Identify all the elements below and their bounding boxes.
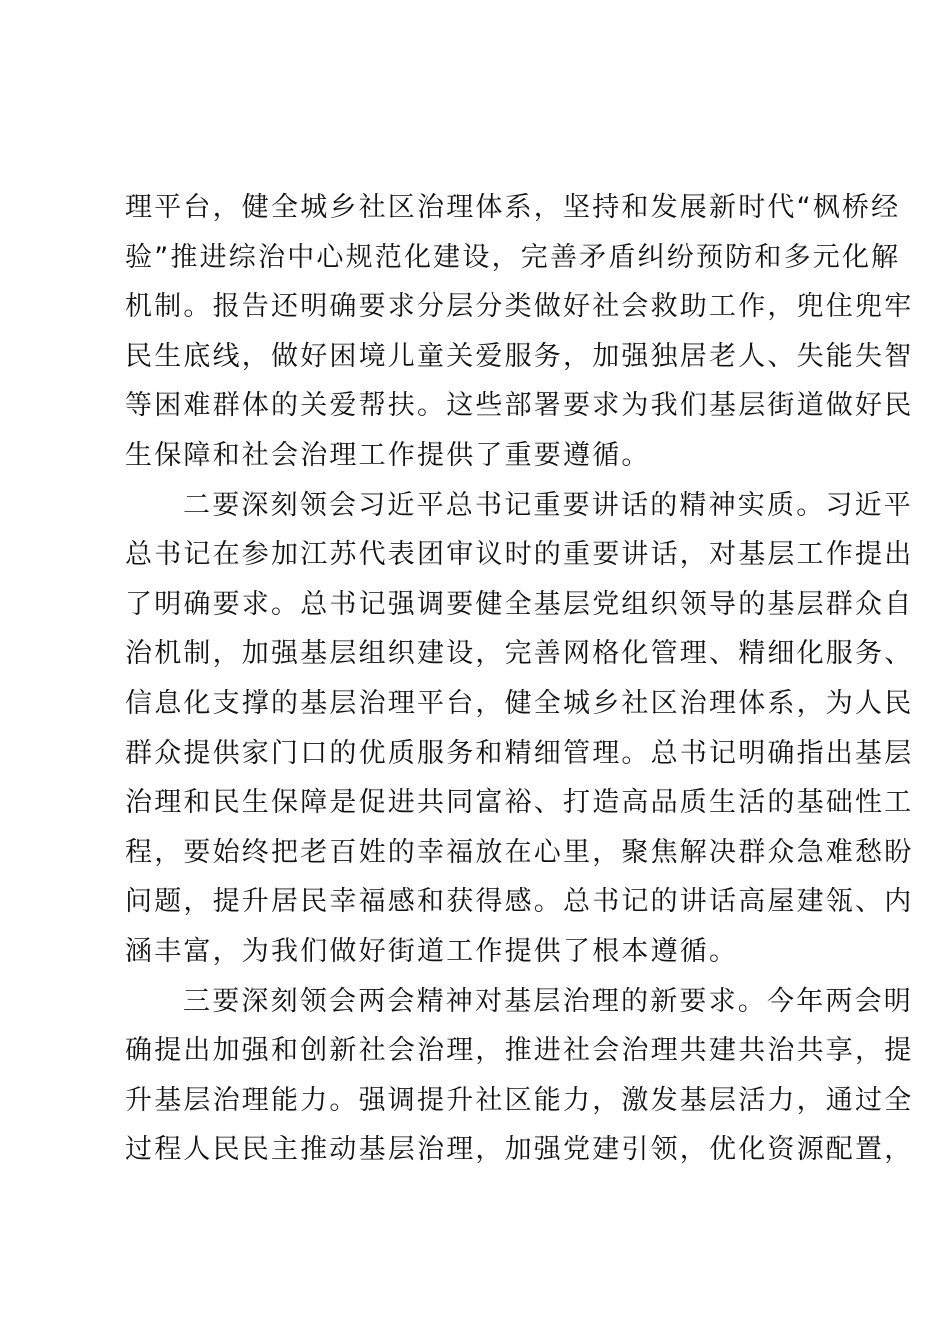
text-line: 理平台，健全城乡社区治理体系，坚持和发展新时代“枫桥经 [125, 183, 833, 233]
text-line: 涵丰富，为我们做好街道工作提供了根本遵循。 [125, 927, 833, 977]
paragraph-continued: 理平台，健全城乡社区治理体系，坚持和发展新时代“枫桥经 验”推进综治中心规范化建… [125, 183, 833, 481]
paragraph-third-point: 三要深刻领会两会精神对基层治理的新要求。今年两会明 确提出加强和创新社会治理，推… [125, 977, 833, 1175]
document-body: 理平台，健全城乡社区治理体系，坚持和发展新时代“枫桥经 验”推进综治中心规范化建… [125, 183, 833, 1175]
text-line: 确提出加强和创新社会治理，推进社会治理共建共治共享，提 [125, 1026, 833, 1076]
text-line: 过程人民民主推动基层治理，加强党建引领，优化资源配置， [125, 1125, 833, 1175]
text-line: 验”推进综治中心规范化建设，完善矛盾纠纷预防和多元化解 [125, 233, 833, 283]
text-line: 民生底线，做好困境儿童关爱服务，加强独居老人、失能失智 [125, 332, 833, 382]
text-line: 等困难群体的关爱帮扶。这些部署要求为我们基层街道做好民 [125, 381, 833, 431]
text-line: 总书记在参加江苏代表团审议时的重要讲话，对基层工作提出 [125, 530, 833, 580]
text-line: 二要深刻领会习近平总书记重要讲话的精神实质。习近平 [125, 481, 833, 531]
text-line: 治机制，加强基层组织建设，完善网格化管理、精细化服务、 [125, 629, 833, 679]
paragraph-second-point: 二要深刻领会习近平总书记重要讲话的精神实质。习近平 总书记在参加江苏代表团审议时… [125, 481, 833, 977]
document-page: 理平台，健全城乡社区治理体系，坚持和发展新时代“枫桥经 验”推进综治中心规范化建… [0, 0, 950, 1344]
text-line: 机制。报告还明确要求分层分类做好社会救助工作，兜住兜牢 [125, 282, 833, 332]
text-line: 升基层治理能力。强调提升社区能力，激发基层活力，通过全 [125, 1076, 833, 1126]
text-line: 了明确要求。总书记强调要健全基层党组织领导的基层群众自 [125, 580, 833, 630]
text-line: 治理和民生保障是促进共同富裕、打造高品质生活的基础性工 [125, 778, 833, 828]
text-line: 生保障和社会治理工作提供了重要遵循。 [125, 431, 833, 481]
text-line: 问题，提升居民幸福感和获得感。总书记的讲话高屋建瓴、内 [125, 877, 833, 927]
text-line: 程，要始终把老百姓的幸福放在心里，聚焦解决群众急难愁盼 [125, 828, 833, 878]
text-line: 群众提供家门口的优质服务和精细管理。总书记明确指出基层 [125, 729, 833, 779]
text-line: 信息化支撑的基层治理平台，健全城乡社区治理体系，为人民 [125, 679, 833, 729]
text-line: 三要深刻领会两会精神对基层治理的新要求。今年两会明 [125, 977, 833, 1027]
